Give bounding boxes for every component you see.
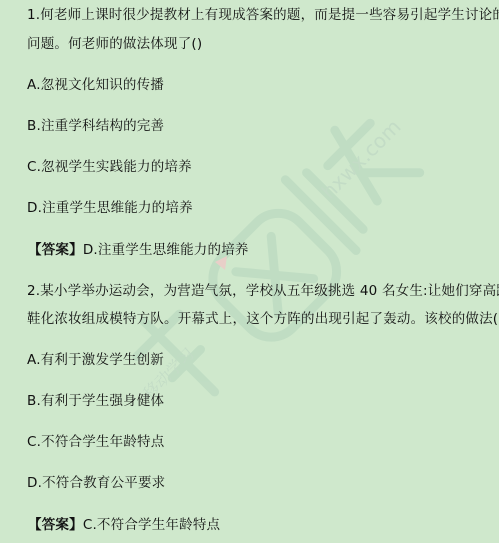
answer-text: C.不符合学生年龄特点 [83, 517, 220, 533]
question-stem: 1.何老师上课时很少提教材上有现成答案的题，而是提一些容易引起学生讨论的 [27, 7, 499, 23]
svg-text:hxwx.com: hxwx.com [317, 115, 406, 204]
option-a: A.有利于激发学生创新 [27, 352, 164, 368]
answer: 【答案】C.不符合学生年龄特点 [28, 517, 220, 533]
option-d: D.注重学生思维能力的培养 [27, 200, 193, 216]
answer-label: 【答案】 [28, 242, 83, 258]
option-b: B.有利于学生强身健体 [27, 393, 164, 409]
question-stem: 问题。何老师的做法体现了() [27, 36, 202, 52]
option-d: D.不符合教育公平要求 [27, 475, 165, 491]
option-c: C.忽视学生实践能力的培养 [27, 159, 192, 175]
answer-text: D.注重学生思维能力的培养 [83, 242, 249, 258]
question-stem: 鞋化浓妆组成模特方队。开幕式上，这个方阵的出现引起了轰动。该校的做法() [27, 311, 499, 327]
answer-label: 【答案】 [28, 517, 83, 533]
answer: 【答案】D.注重学生思维能力的培养 [28, 242, 249, 258]
option-c: C.不符合学生年龄特点 [27, 434, 164, 450]
question-stem: 2.某小学举办运动会，为营造气氛，学校从五年级挑选 40 名女生:让她们穿高跟 [27, 283, 499, 299]
option-b: B.注重学科结构的完善 [27, 118, 164, 134]
option-a: A.忽视文化知识的传播 [27, 77, 164, 93]
